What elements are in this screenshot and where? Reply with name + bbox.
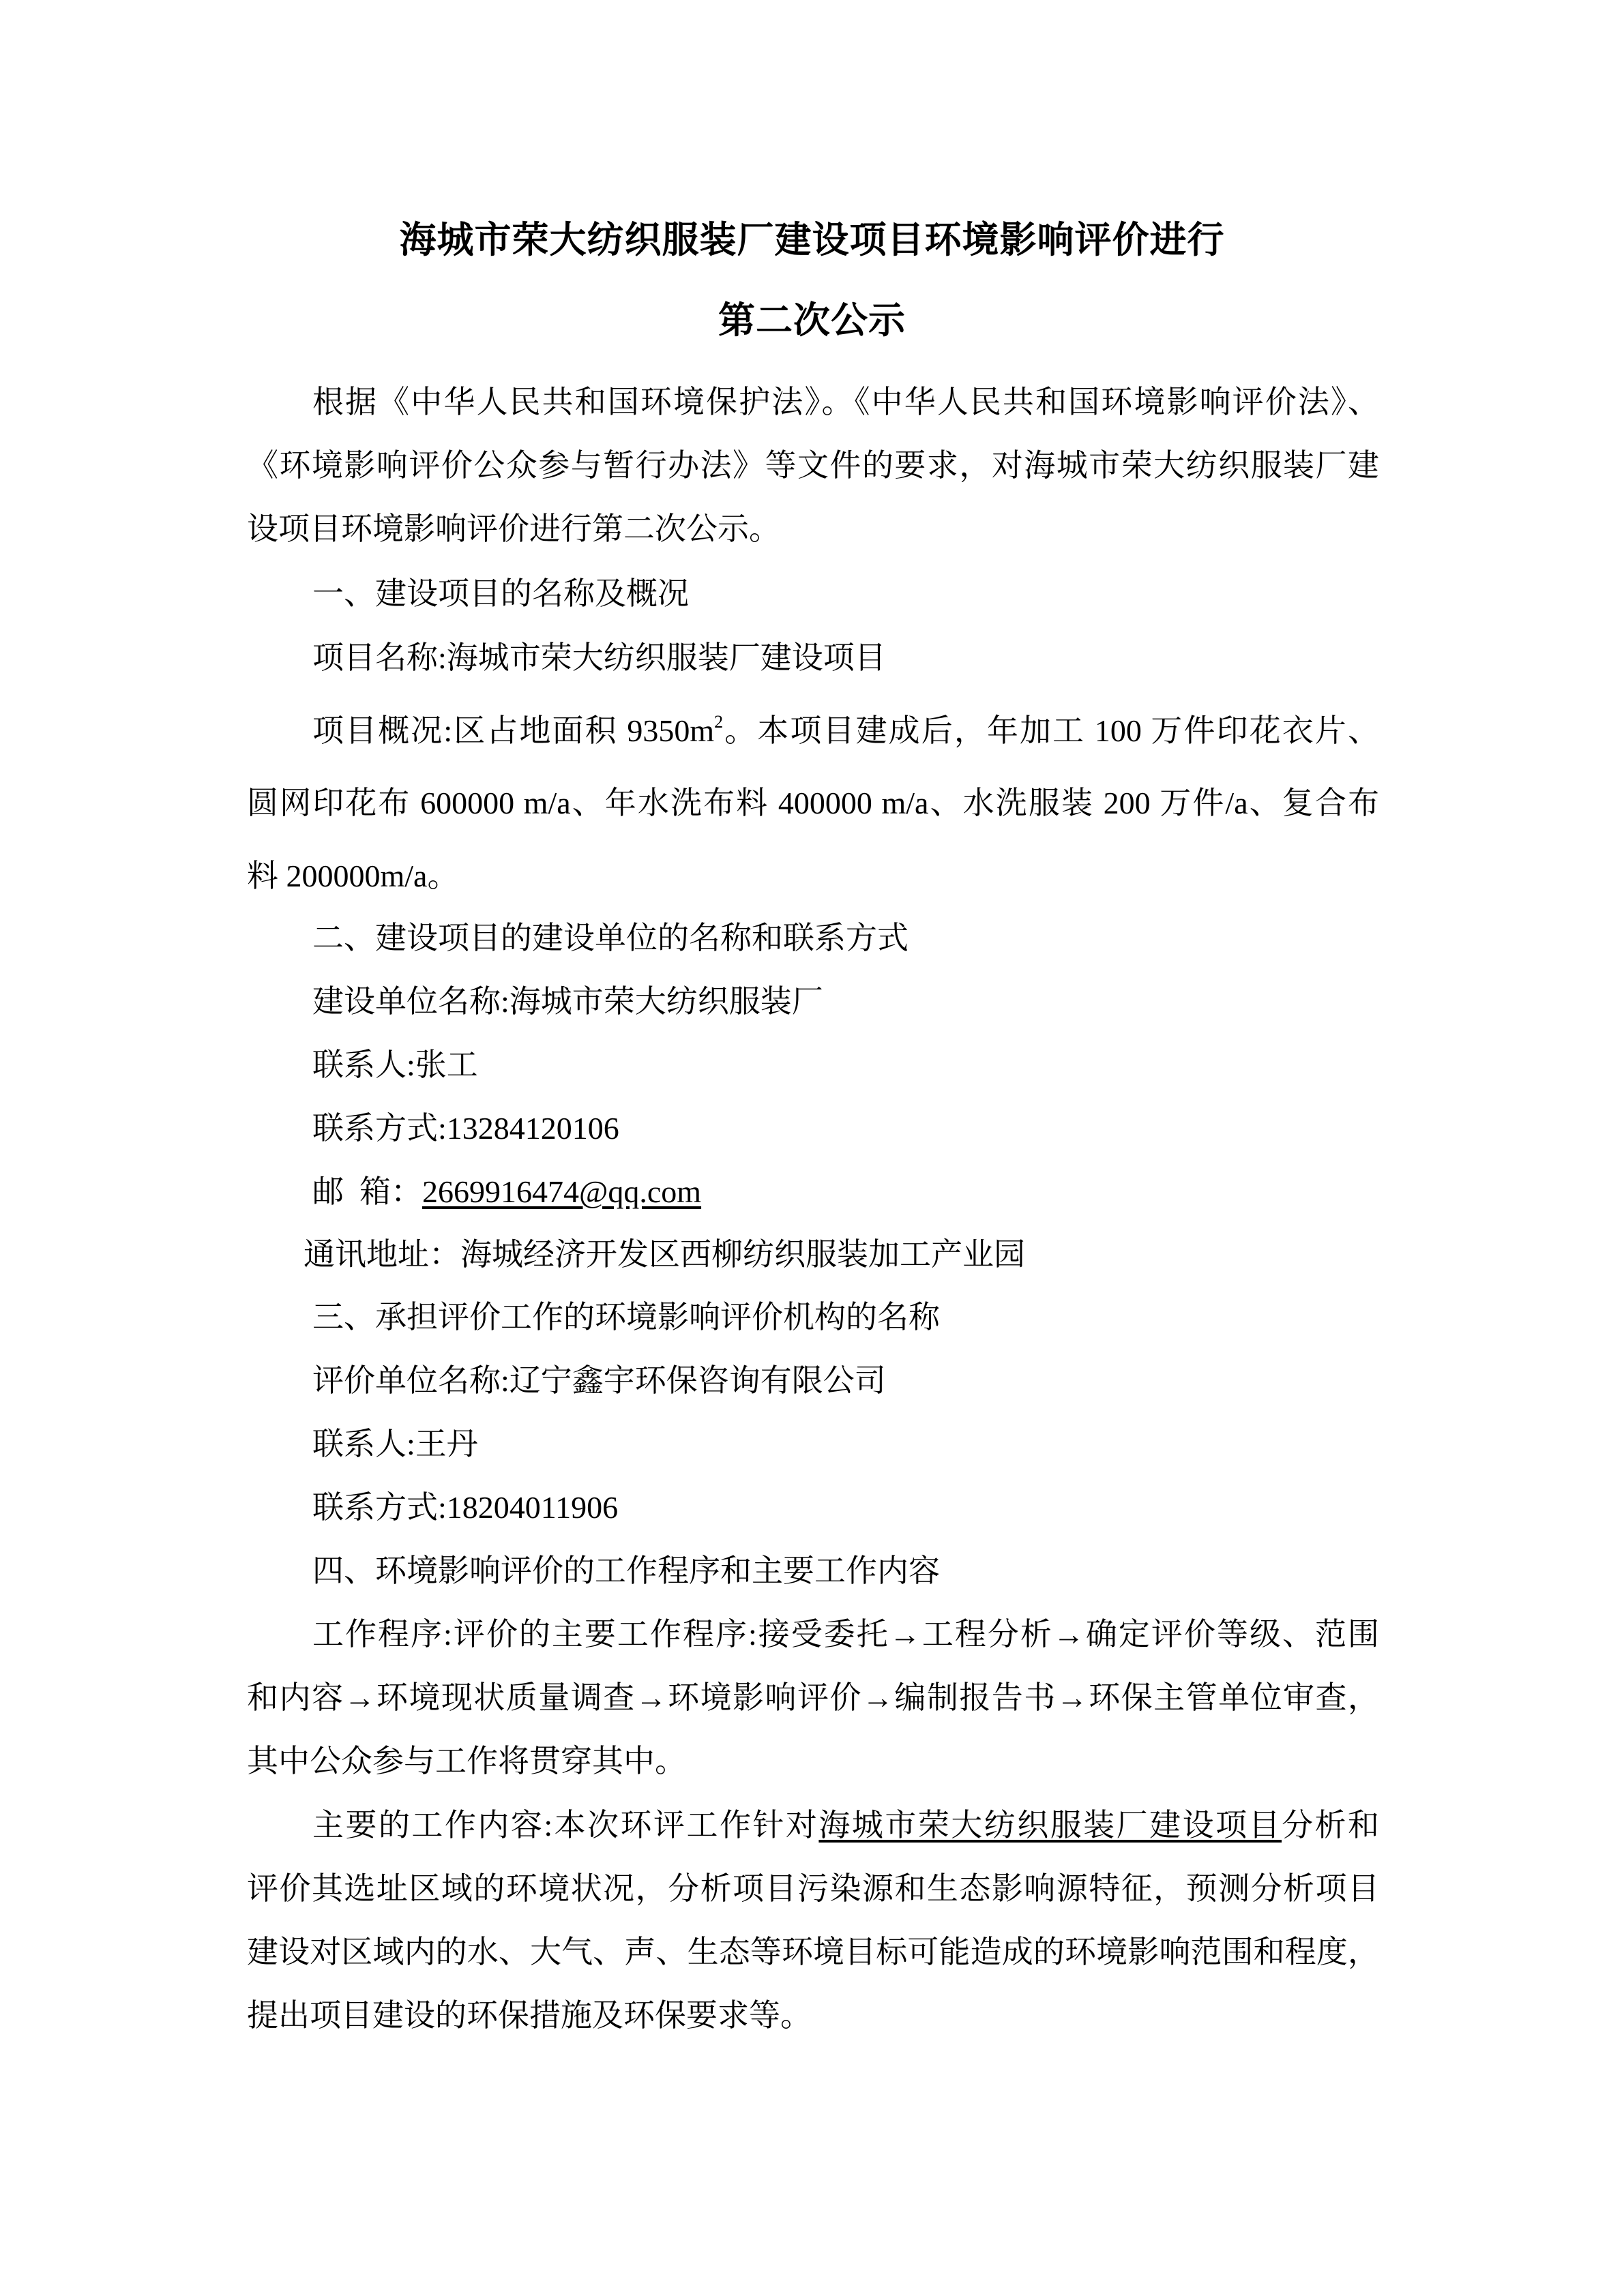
work-content-line1: 主要的工作内容:本次环评工作针对海城市荣大纺织服装厂建设项目分析和 [312, 1806, 1379, 1845]
evaluation-contact-person: 联系人:王丹 [312, 1425, 1379, 1463]
procedure-line2: 和内容→环境现状质量调查→环境影响评价→编制报告书→环保主管单位审查， [247, 1679, 1379, 1717]
area-unit-superscript: 2 [714, 712, 723, 732]
content-suffix: 分析和 [1282, 1808, 1379, 1843]
project-overview-line2: 圆网印花布 600000 m/a、年水洗布料 400000 m/a、水洗服装 2… [247, 784, 1379, 822]
project-overview-line1: 项目概况:区占地面积 9350m2。本项目建成后，年加工 100 万件印花衣片、 [312, 712, 1379, 750]
content-project-underlined: 海城市荣大纺织服装厂建设项目 [818, 1808, 1282, 1843]
evaluation-contact-phone: 联系方式:18204011906 [312, 1489, 1379, 1527]
work-content-line3: 建设对区域内的水、大气、声、生态等环境目标可能造成的环境影响范围和程度， [247, 1933, 1379, 1971]
document-page: 海城市荣大纺织服装厂建设项目环境影响评价进行 第二次公示 根据《中华人民共和国环… [0, 0, 1624, 2296]
section2-heading: 二、建设项目的建设单位的名称和联系方式 [312, 919, 1379, 957]
email-link[interactable]: 2669916474@qq.com [422, 1174, 701, 1209]
document-title-line2: 第二次公示 [0, 300, 1624, 341]
content-prefix: 主要的工作内容:本次环评工作针对 [312, 1808, 818, 1843]
mailing-address: 通讯地址：海城经济开发区西柳纺织服装加工产业园 [304, 1236, 1436, 1274]
intro-line3: 设项目环境影响评价进行第二次公示。 [247, 510, 1379, 548]
project-name: 项目名称:海城市荣大纺织服装厂建设项目 [312, 639, 1379, 677]
work-content-line2: 评价其选址区域的环境状况，分析项目污染源和生态影响源特征，预测分析项目 [247, 1870, 1379, 1908]
intro-line2: 《环境影响评价公众参与暂行办法》等文件的要求，对海城市荣大纺织服装厂建 [247, 447, 1379, 485]
section1-heading: 一、建设项目的名称及概况 [312, 575, 1379, 613]
intro-line1: 根据《中华人民共和国环境保护法》。《中华人民共和国环境影响评价法》、 [312, 383, 1379, 421]
procedure-line1: 工作程序:评价的主要工作程序:接受委托→工程分析→确定评价等级、范围 [312, 1615, 1379, 1654]
email-label: 邮 箱： [312, 1174, 422, 1209]
project-overview-line3: 料 200000m/a。 [247, 857, 1379, 895]
email-line: 邮 箱：2669916474@qq.com [312, 1173, 1379, 1211]
overview-part1: 项目概况:区占地面积 9350m [312, 713, 714, 748]
construction-unit-name: 建设单位名称:海城市荣大纺织服装厂 [312, 983, 1379, 1021]
work-content-line4: 提出项目建设的环保措施及环保要求等。 [247, 1997, 1379, 2035]
section4-heading: 四、环境影响评价的工作程序和主要工作内容 [312, 1552, 1379, 1590]
document-title-line1: 海城市荣大纺织服装厂建设项目环境影响评价进行 [0, 220, 1624, 260]
overview-part2: 。本项目建成后，年加工 100 万件印花衣片、 [723, 713, 1379, 748]
section3-heading: 三、承担评价工作的环境影响评价机构的名称 [312, 1298, 1379, 1337]
evaluation-unit-name: 评价单位名称:辽宁鑫宇环保咨询有限公司 [312, 1362, 1379, 1400]
procedure-line3: 其中公众参与工作将贯穿其中。 [247, 1742, 1379, 1780]
construction-contact-phone: 联系方式:13284120106 [312, 1109, 1379, 1148]
construction-contact-person: 联系人:张工 [312, 1046, 1379, 1084]
